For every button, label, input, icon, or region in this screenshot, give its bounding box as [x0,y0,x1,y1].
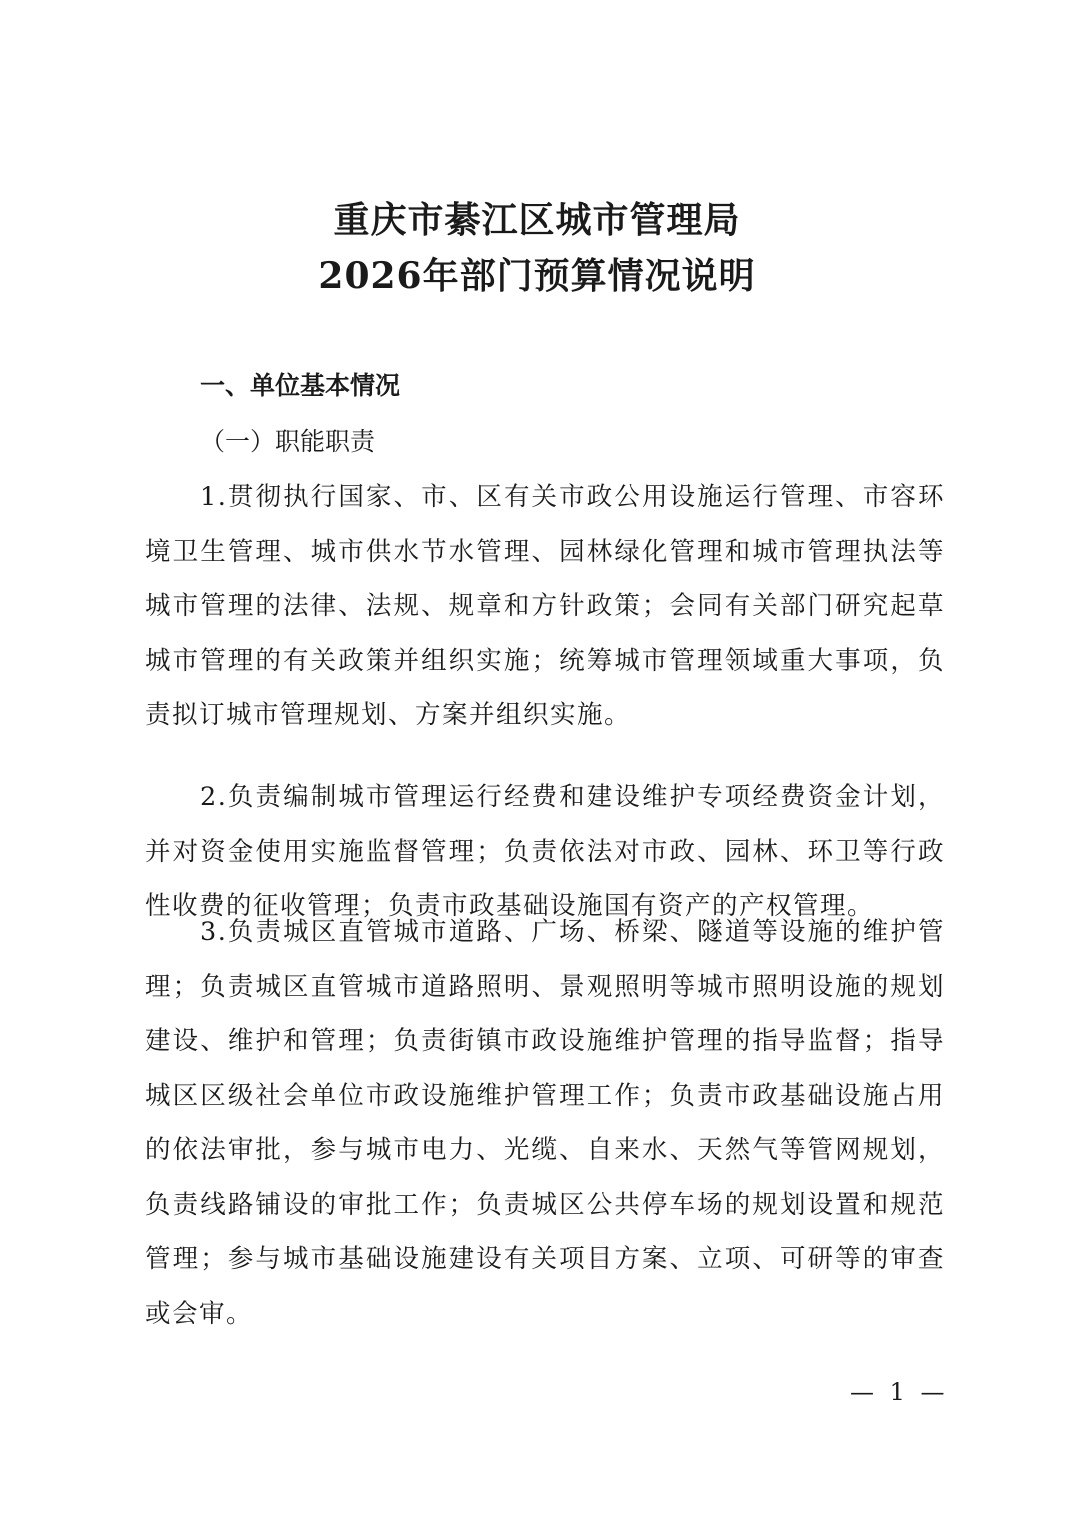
paragraph-duty-3: 3.负责城区直管城市道路、广场、桥梁、隧道等设施的维护管理；负责城区直管城市道路… [145,905,945,1341]
paragraph-duty-1: 1.贯彻执行国家、市、区有关市政公用设施运行管理、市容环境卫生管理、城市供水节水… [145,470,945,743]
document-title-line-2: 2026年部门预算情况说明 [0,248,1074,304]
page-number: — 1 — [850,1374,949,1410]
section-heading: 一、单位基本情况 [200,364,400,408]
document-page: 重庆市綦江区城市管理局 2026年部门预算情况说明 一、单位基本情况 （一）职能… [0,0,1074,1520]
subsection-heading: （一）职能职责 [200,420,375,464]
document-title-line-1: 重庆市綦江区城市管理局 [0,192,1074,248]
